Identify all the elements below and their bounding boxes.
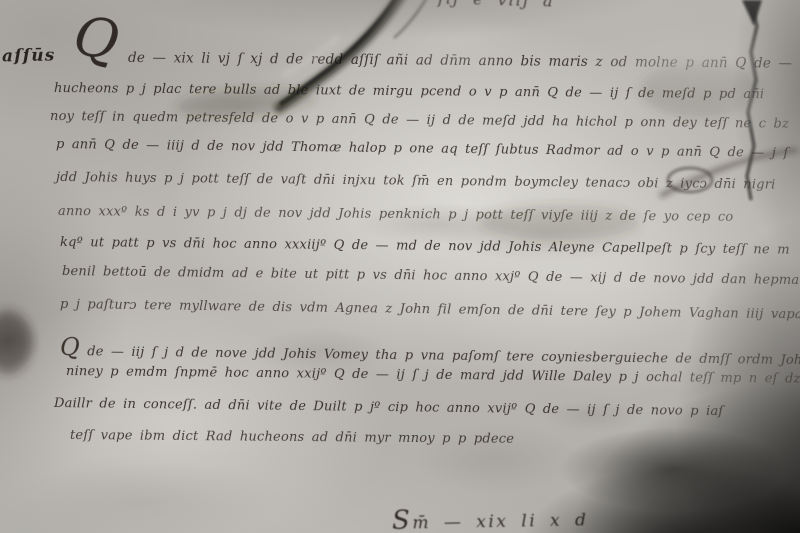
manuscript-line: jdd Johis huys p j pott teſſ de vaſt dn̄… [56, 170, 776, 193]
manuscript-text: ſij ē viij ā aſſūs Q de — xix li vj ſ xj… [0, 0, 800, 533]
top-edge-text-fragment: ſij ē viij ā [438, 0, 555, 11]
initial-letter-q: Q [70, 9, 123, 70]
manuscript-line: hucheons p j plac tere bulls ad ble iuxt… [54, 81, 764, 102]
manuscript-line: noy teſſ in quedm petresfeld de o v p an… [50, 109, 789, 132]
manuscript-line: teſſ vape ibm dict Rad hucheons ad dn̄i … [70, 428, 514, 447]
manuscript-photo: ſij ē viij ā aſſūs Q de — xix li vj ſ xj… [0, 0, 800, 533]
manuscript-line: p ann̄ Q de — iiij d de nov jdd Thomæ ha… [56, 137, 789, 161]
sum-total-line: Sm̄ — xix li x d [392, 502, 589, 533]
manuscript-line: kqº ut patt p vs dn̄i hoc anno xxxiijº Q… [60, 235, 790, 258]
manuscript-line: p j paſturɔ tere myllware de dis vdm Agn… [60, 297, 800, 323]
margin-note: aſſūs [2, 46, 56, 67]
manuscript-line: Daillr de in conceſſ. ad dn̄i vite de Du… [54, 396, 724, 419]
manuscript-line: de — xix li vj ſ xj d de redd aſſiſ añi … [128, 50, 800, 73]
manuscript-line: anno xxxº ks d i yv p j dj de nov jdd Jo… [58, 204, 733, 225]
manuscript-line: benil bettoū de dmidm ad e bite ut pitt … [62, 264, 800, 288]
